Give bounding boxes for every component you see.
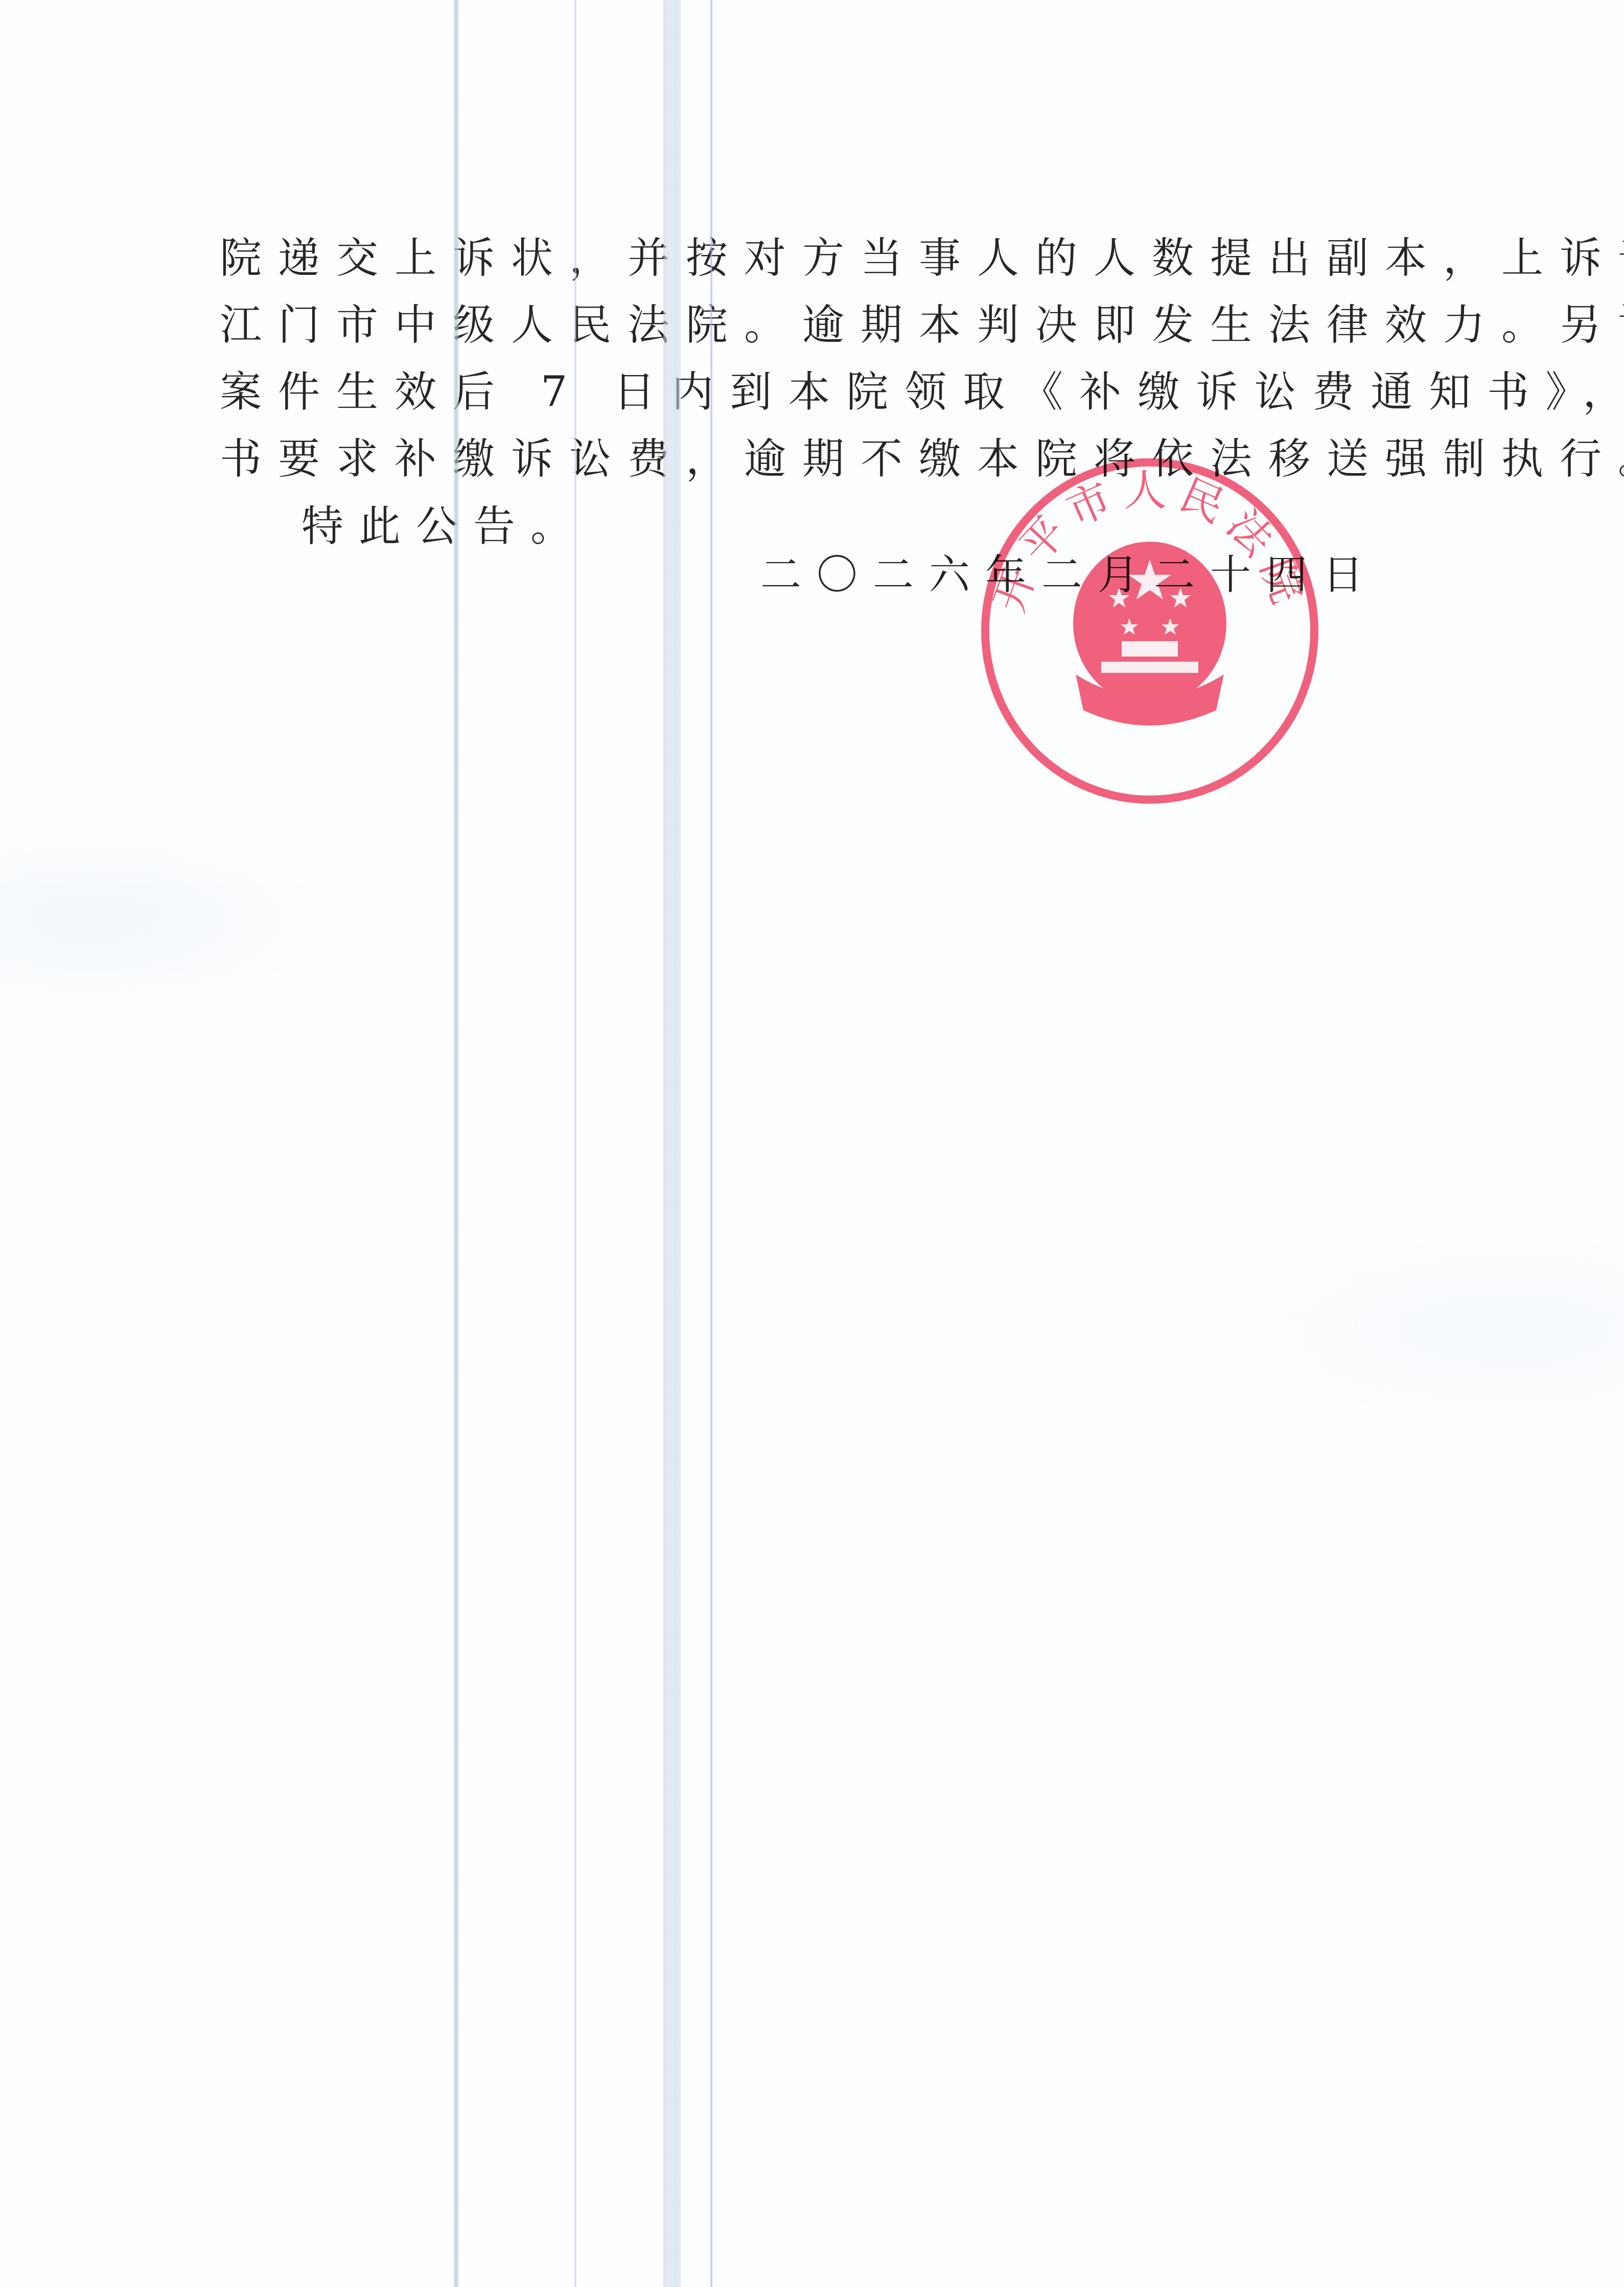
notice-body: 院递交上诉状，并按对方当事人的人数提出副本，上诉于广东省 江门市中级人民法院。逾… bbox=[220, 225, 1380, 493]
court-seal-icon: 开平市人民法院 bbox=[976, 455, 1324, 807]
scanned-page: 院递交上诉状，并按对方当事人的人数提出副本，上诉于广东省 江门市中级人民法院。逾… bbox=[0, 0, 1624, 2287]
body-line: 案件生效后 7 日内到本院领取《补缴诉讼费通知书》，并按通知 bbox=[220, 359, 1380, 426]
body-line: 江门市中级人民法院。逾期本判决即发生法律效力。另请你们于 bbox=[220, 292, 1380, 359]
closing-statement: 特此公告。 bbox=[301, 493, 588, 553]
national-emblem-icon bbox=[1073, 542, 1226, 726]
body-line: 院递交上诉状，并按对方当事人的人数提出副本，上诉于广东省 bbox=[220, 225, 1380, 292]
